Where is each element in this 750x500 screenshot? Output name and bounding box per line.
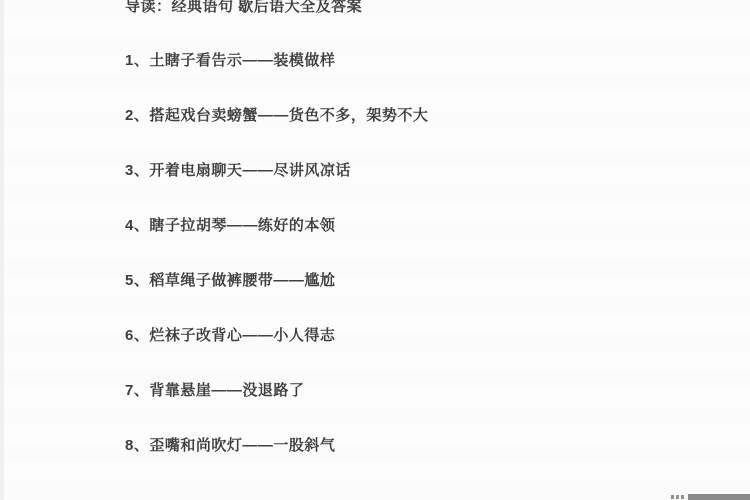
list-item: 4、瞎子拉胡琴——练好的本领 bbox=[125, 216, 335, 236]
list-item: 1、土瞎子看告示——装模做样 bbox=[125, 51, 335, 71]
list-item: 6、烂袜子改背心——小人得志 bbox=[125, 326, 335, 346]
list-item: 7、背靠悬崖——没退路了 bbox=[125, 381, 304, 401]
document-page: 导读：经典语句 歇后语大全及答案 1、土瞎子看告示——装模做样 2、搭起戏台卖螃… bbox=[0, 0, 750, 500]
list-item: 3、开着电扇聊天——尽讲风凉话 bbox=[125, 161, 351, 181]
left-edge-strip bbox=[0, 0, 4, 500]
intro-line: 导读：经典语句 歇后语大全及答案 bbox=[125, 0, 362, 17]
bottom-right-bar-fragment bbox=[688, 494, 750, 500]
list-item: 8、歪嘴和尚吹灯——一股斜气 bbox=[125, 436, 335, 456]
background-texture bbox=[0, 0, 750, 500]
list-item: 5、稻草绳子做裤腰带——尴尬 bbox=[125, 271, 335, 291]
list-item: 2、搭起戏台卖螃蟹——货色不多，架势不大 bbox=[125, 106, 428, 126]
watermark-marks bbox=[671, 495, 684, 499]
